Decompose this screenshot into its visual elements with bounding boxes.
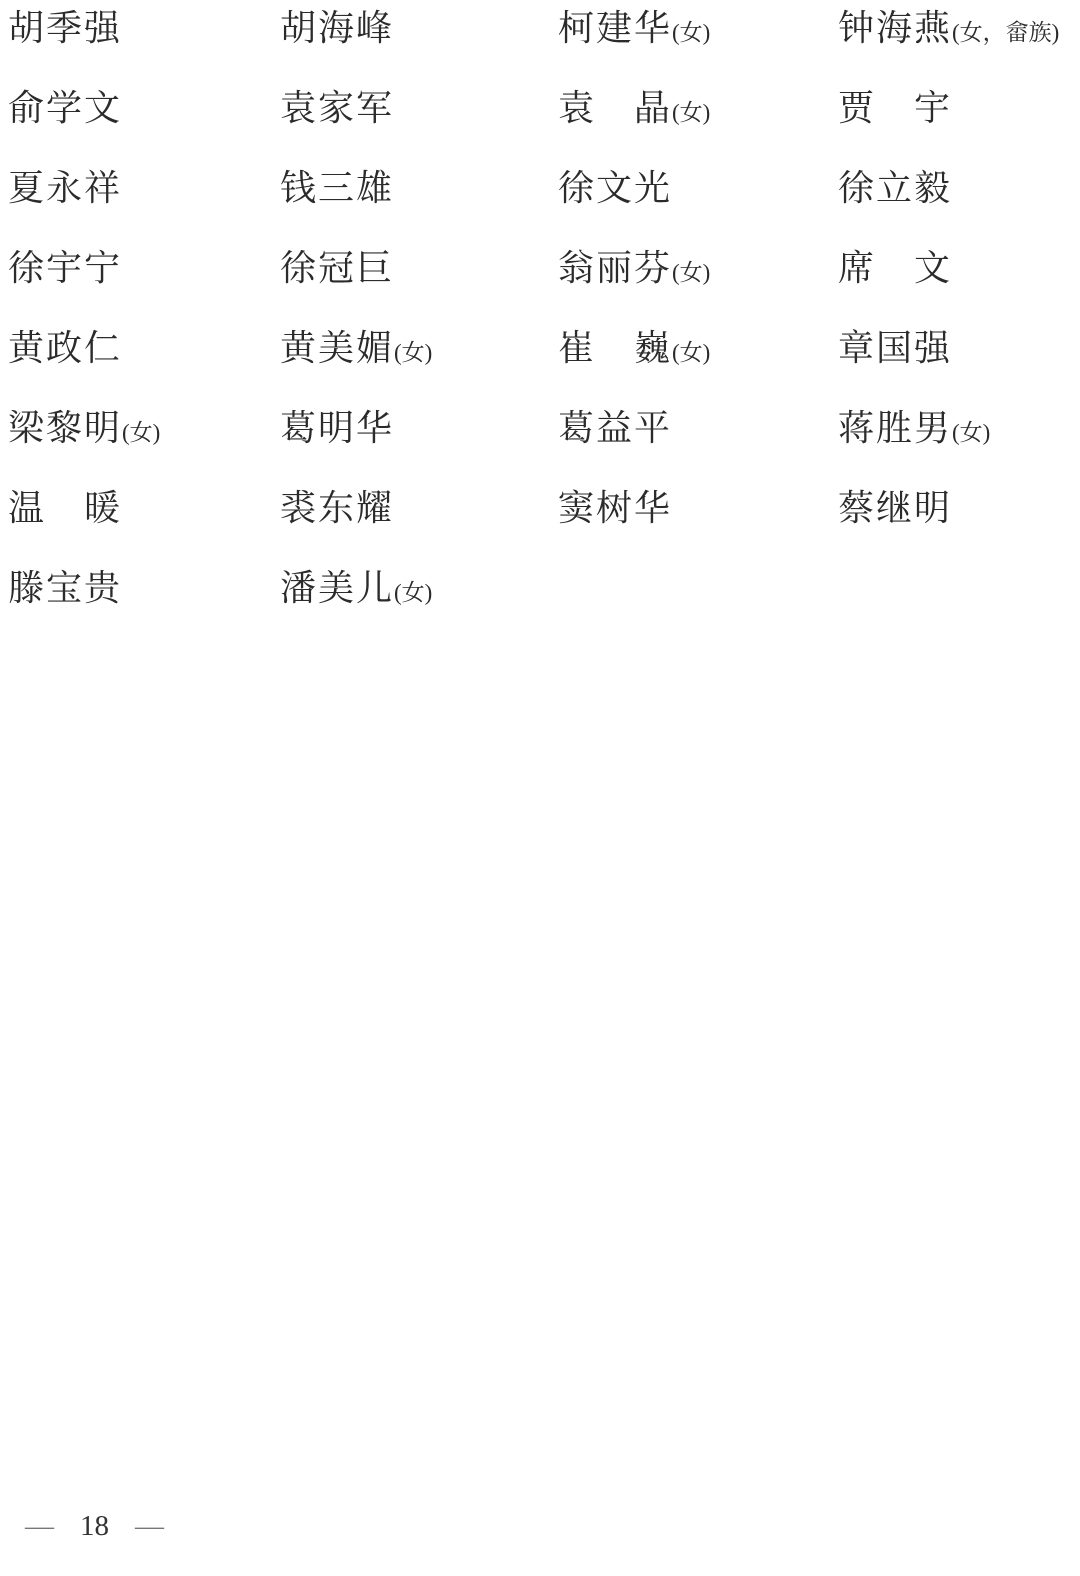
person-name: 崔 巍 [558, 328, 672, 368]
person-name: 钱三雄 [280, 168, 394, 208]
name-entry [558, 560, 838, 640]
name-entry: 钟海燕(女，畲族) [838, 0, 1080, 80]
gender-note: (女) [394, 580, 432, 605]
person-name: 徐立毅 [838, 168, 952, 208]
person-name: 窦树华 [558, 488, 672, 528]
name-entry: 贾 宇 [838, 80, 1080, 160]
person-name: 徐冠巨 [280, 248, 394, 288]
name-entry: 蔡继明 [838, 480, 1080, 560]
name-entry: 黄政仁 [8, 320, 280, 400]
person-name: 裘东耀 [280, 488, 394, 528]
name-entry: 胡海峰 [280, 0, 558, 80]
person-name: 胡海峰 [280, 8, 394, 48]
person-name: 蔡继明 [838, 488, 952, 528]
person-name: 徐宇宁 [8, 248, 122, 288]
name-entry: 滕宝贵 [8, 560, 280, 640]
name-entry: 葛明华 [280, 400, 558, 480]
gender-note: (女) [672, 260, 710, 285]
name-entry: 裘东耀 [280, 480, 558, 560]
person-name: 潘美儿 [280, 568, 394, 608]
person-name: 温 暖 [8, 488, 122, 528]
name-entry: 袁 晶(女) [558, 80, 838, 160]
gender-note: (女) [672, 20, 710, 45]
name-entry: 温 暖 [8, 480, 280, 560]
gender-note: (女) [394, 340, 432, 365]
name-entry: 潘美儿(女) [280, 560, 558, 640]
name-entry: 翁丽芬(女) [558, 240, 838, 320]
person-name: 滕宝贵 [8, 568, 122, 608]
person-name: 葛明华 [280, 408, 394, 448]
person-name: 梁黎明 [8, 408, 122, 448]
gender-note: (女) [952, 420, 990, 445]
name-entry: 钱三雄 [280, 160, 558, 240]
page-number: 18 [80, 1510, 109, 1543]
person-name: 黄政仁 [8, 328, 122, 368]
name-entry: 窦树华 [558, 480, 838, 560]
gender-note: (女) [122, 420, 160, 445]
person-name: 黄美媚 [280, 328, 394, 368]
name-entry: 梁黎明(女) [8, 400, 280, 480]
gender-ethnicity-note: (女，畲族) [952, 20, 1059, 45]
person-name: 俞学文 [8, 88, 122, 128]
person-name: 葛益平 [558, 408, 672, 448]
name-entry: 章国强 [838, 320, 1080, 400]
name-entry: 徐文光 [558, 160, 838, 240]
name-entry [838, 560, 1080, 640]
person-name: 胡季强 [8, 8, 122, 48]
name-entry: 崔 巍(女) [558, 320, 838, 400]
gender-note: (女) [672, 340, 710, 365]
name-entry: 徐立毅 [838, 160, 1080, 240]
name-entry: 葛益平 [558, 400, 838, 480]
page-footer: — 18 — [25, 1510, 164, 1543]
footer-right-dash: — [135, 1510, 164, 1543]
footer-left-dash: — [25, 1510, 54, 1543]
person-name: 钟海燕 [838, 8, 952, 48]
name-entry: 柯建华(女) [558, 0, 838, 80]
person-name: 袁家军 [280, 88, 394, 128]
person-name: 蒋胜男 [838, 408, 952, 448]
person-name: 柯建华 [558, 8, 672, 48]
person-name: 翁丽芬 [558, 248, 672, 288]
name-entry: 夏永祥 [8, 160, 280, 240]
name-entry: 胡季强 [8, 0, 280, 80]
person-name: 章国强 [838, 328, 952, 368]
name-list-grid: 胡季强 胡海峰 柯建华(女) 钟海燕(女，畲族) 俞学文 袁家军 袁 晶(女) … [0, 0, 1080, 640]
person-name: 徐文光 [558, 168, 672, 208]
gender-note: (女) [672, 100, 710, 125]
name-entry: 俞学文 [8, 80, 280, 160]
name-entry: 徐冠巨 [280, 240, 558, 320]
person-name: 席 文 [838, 248, 952, 288]
document-page: 胡季强 胡海峰 柯建华(女) 钟海燕(女，畲族) 俞学文 袁家军 袁 晶(女) … [0, 0, 1080, 1576]
person-name: 袁 晶 [558, 88, 672, 128]
name-entry: 袁家军 [280, 80, 558, 160]
name-entry: 黄美媚(女) [280, 320, 558, 400]
person-name: 夏永祥 [8, 168, 122, 208]
person-name: 贾 宇 [838, 88, 952, 128]
name-entry: 席 文 [838, 240, 1080, 320]
name-entry: 徐宇宁 [8, 240, 280, 320]
name-entry: 蒋胜男(女) [838, 400, 1080, 480]
